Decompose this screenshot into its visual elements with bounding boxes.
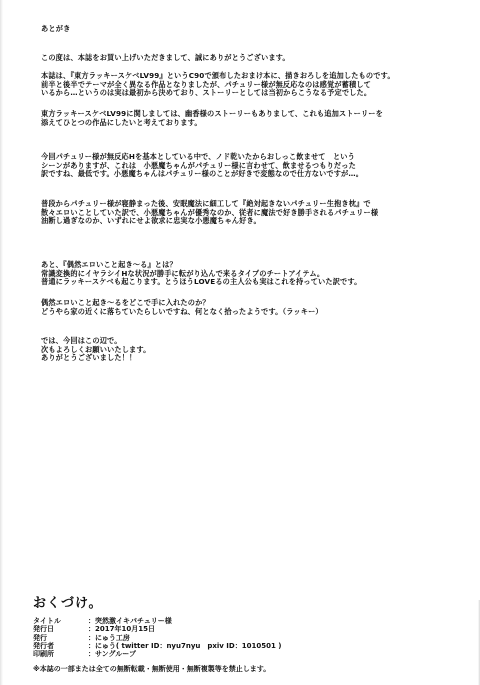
- colophon-value: にゅう工房: [95, 634, 130, 642]
- colophon-key: 印刷所: [33, 650, 88, 658]
- afterword-paragraph: 本誌は、『東方ラッキースケベLV99』というC90で頒布したおまけ本に、描きおろ…: [41, 72, 395, 98]
- colophon-separator: ：: [88, 634, 95, 642]
- copyright-notice: ※本誌の一部または全ての無断転載・無断使用・無断複製等を禁止します。: [33, 665, 453, 674]
- paragraph-line: いるから…というのは実は最初から決めており、ストーリーとしては当初からこうなる予…: [41, 89, 395, 98]
- paragraph-line: 普通にラッキースケベも起こります。とうほうLOVEるの主人公も実はこれを持ってい…: [41, 278, 362, 287]
- afterword-paragraph: 東方ラッキースケベLV99に関しましては、幽香様のストーリーもありまして、これも…: [41, 110, 383, 127]
- afterword-paragraph: 偶然エロいこと起き～るをどこで手に入れたのか？どうやら家の近くに落ちていたらしい…: [41, 299, 323, 316]
- colophon-separator: ：: [88, 642, 95, 650]
- afterword-paragraph: この度は、本誌をお買い上げいただきまして、誠にありがとうございます。: [41, 54, 290, 63]
- colophon-title: おくづけ。: [33, 596, 453, 612]
- colophon-separator: ：: [88, 650, 95, 658]
- afterword-heading: あとがき: [41, 24, 461, 33]
- colophon-key: 発行日: [33, 625, 88, 633]
- colophon-value: 2017年10月15日: [95, 625, 155, 633]
- afterword-paragraph: では、今回はこの辺で。次もよろしくお願いいたします。ありがとうございました！！: [41, 337, 151, 363]
- paragraph-line: 添えてひとつの作品にしたいと考えております。: [41, 119, 383, 128]
- colophon-row-publisher: 発行 ： にゅう工房: [33, 634, 453, 642]
- paragraph-line: 油断し過ぎなのか、いずれにせよ欲求に忠実な小悪魔ちゃん好き。: [41, 217, 378, 226]
- colophon-key: 発行者: [33, 642, 88, 650]
- colophon-value: サングループ: [95, 650, 136, 658]
- paragraph-line: この度は、本誌をお買い上げいただきまして、誠にありがとうございます。: [41, 54, 290, 63]
- page-edge-shadow: [0, 0, 3, 685]
- afterword-section: あとがき: [41, 24, 461, 33]
- colophon-row-author: 発行者 ： にゅう( twitter ID：nyu7nyu pxiv ID：10…: [33, 642, 453, 650]
- colophon-key: 発行: [33, 634, 88, 642]
- paragraph-line: 訳ですね、最低です。小悪魔ちゃんはパチュリー様のことが好きで変態なので仕方ないで…: [41, 170, 363, 179]
- colophon-separator: ：: [88, 625, 95, 633]
- colophon-row-printer: 印刷所 ： サングループ: [33, 650, 453, 658]
- paragraph-line: ありがとうございました！！: [41, 354, 151, 363]
- colophon-separator: ：: [88, 617, 95, 625]
- afterword-paragraph: 普段からパチュリー様が寝静まった後、安眠魔法に細工して『絶対起きないパチュリー生…: [41, 200, 378, 226]
- colophon-row-date: 発行日 ： 2017年10月15日: [33, 625, 453, 633]
- afterword-paragraph: 今回パチュリー様が無反応Hを基本としている中で、ノド乾いたからおしっこ飲ませて …: [41, 153, 363, 179]
- colophon-section: おくづけ。 タイトル ： 突然激イキパチュリー様 発行日 ： 2017年10月1…: [33, 596, 453, 674]
- colophon-value: にゅう( twitter ID：nyu7nyu pxiv ID：1010501 …: [95, 642, 281, 650]
- paragraph-line: どうやら家の近くに落ちていたらしいですね、何となく拾ったようです。（ラッキー）: [41, 308, 323, 317]
- afterword-paragraph: あと、『偶然エロいこと起き～る』とは？常識変換的にイヤラシイHな状況が勝手に転が…: [41, 261, 362, 287]
